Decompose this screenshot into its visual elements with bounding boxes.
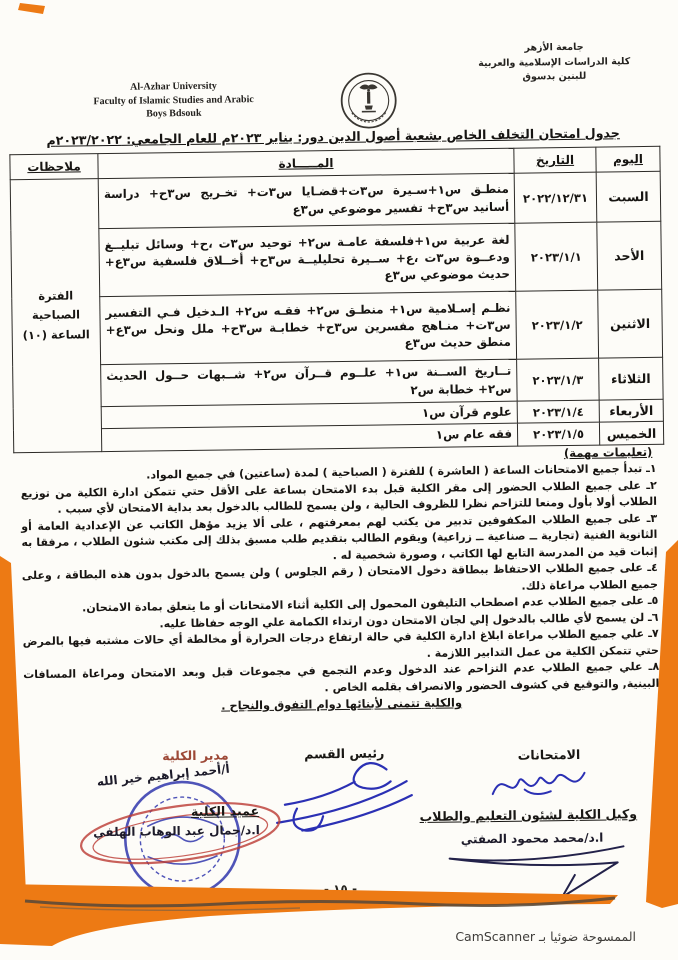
branch-name-ar: للبنين بدسوق	[449, 69, 659, 86]
date-cell: ٢٠٢٣/١/٤	[517, 400, 599, 423]
instruction-item: ٣ـ على جميع الطلاب المكفوفين تدبير من يك…	[21, 510, 658, 568]
dean-name: ا.د/جمال عبد الوهاب الهلفي	[93, 823, 260, 839]
date-cell: ٢٠٢٣/١/٢	[516, 290, 599, 359]
date-cell: ٢٠٢٣/١/١	[515, 222, 598, 291]
subject-cell: لغة عربية س١+فلسفة عامـة س٢+ توحيد س٣ت ،…	[99, 223, 516, 296]
exam-schedule-table: اليوم التاريخ المـــــادة ملاحظات السبت …	[9, 146, 664, 453]
instructions-section: (تعليمات مهمة) ١ـ تبدأ جميع الامتحانات ا…	[20, 445, 659, 715]
date-cell: ٢٠٢٣/١/٥	[517, 422, 599, 446]
camscanner-watermark: الممسوحة ضوئيا بـ CamScanner	[455, 929, 636, 944]
paper-content: جامعة الأزهر كلية الدراسات الإسلامية وال…	[0, 0, 678, 960]
date-cell: ٢٠٢٢/١٢/٣١	[514, 172, 597, 223]
day-cell: الأحد	[597, 221, 662, 290]
table-row: الاثنين ٢٠٢٣/١/٢ نظـم إسـلامية س١+ منطـق…	[12, 289, 663, 366]
page-number: - ١٥ -	[324, 882, 357, 896]
university-seal-icon	[337, 67, 400, 134]
director-label: مدير الكلية	[162, 747, 229, 763]
col-header-day: اليوم	[596, 146, 660, 172]
header-english: Al-Azhar University Faculty of Islamic S…	[75, 79, 272, 122]
day-cell: الخميس	[599, 421, 663, 445]
scanned-document-page: { "header": { "arabic_line1": "جامعة الأ…	[0, 0, 678, 960]
exams-signature-ink	[484, 759, 605, 809]
vice-dean-label: وكيل الكلية لشئون التعليم والطلاب	[419, 806, 637, 824]
notes-merged-cell: الفترة الصباحية الساعة (١٠)	[10, 179, 102, 453]
subject-cell: منطـق س١+سـيرة س٣ت+قضـايا س٣ت+ تخـريج س٣…	[98, 173, 515, 228]
header-arabic: جامعة الأزهر كلية الدراسات الإسلامية وال…	[449, 40, 660, 87]
subject-cell: تــاريخ الســنة س١+ علــوم قــرآن س٢+ شـ…	[101, 359, 518, 406]
col-header-date: التاريخ	[514, 147, 596, 173]
day-cell: الأربعاء	[599, 399, 663, 422]
dean-label: عميد الكلية	[191, 803, 259, 819]
day-cell: الاثنين	[598, 289, 663, 358]
subject-cell: نظـم إسـلامية س١+ منطـق س٢+ فقـه س٢+ الـ…	[100, 291, 517, 364]
faculty-name-en: Faculty of Islamic Studies and Arabic	[76, 92, 272, 108]
day-cell: السبت	[596, 171, 661, 222]
document-title: جدول امتحان التخلف الخاص بشعبة أصول الدي…	[8, 125, 658, 149]
vice-dean-signature-ink	[441, 834, 632, 902]
branch-name-en: Boys Bdsouk	[76, 106, 272, 122]
col-header-notes: ملاحظات	[10, 154, 98, 180]
day-cell: الثلاثاء	[599, 357, 664, 400]
table-row: السبت ٢٠٢٢/١٢/٣١ منطـق س١+سـيرة س٣ت+قضـا…	[10, 171, 661, 230]
table-row: الأحد ٢٠٢٣/١/١ لغة عربية س١+فلسفة عامـة …	[11, 221, 662, 298]
signatures-section: الامتحانات وكيل الكلية لشئون التعليم وال…	[4, 740, 678, 909]
date-cell: ٢٠٢٣/١/٣	[517, 358, 600, 401]
